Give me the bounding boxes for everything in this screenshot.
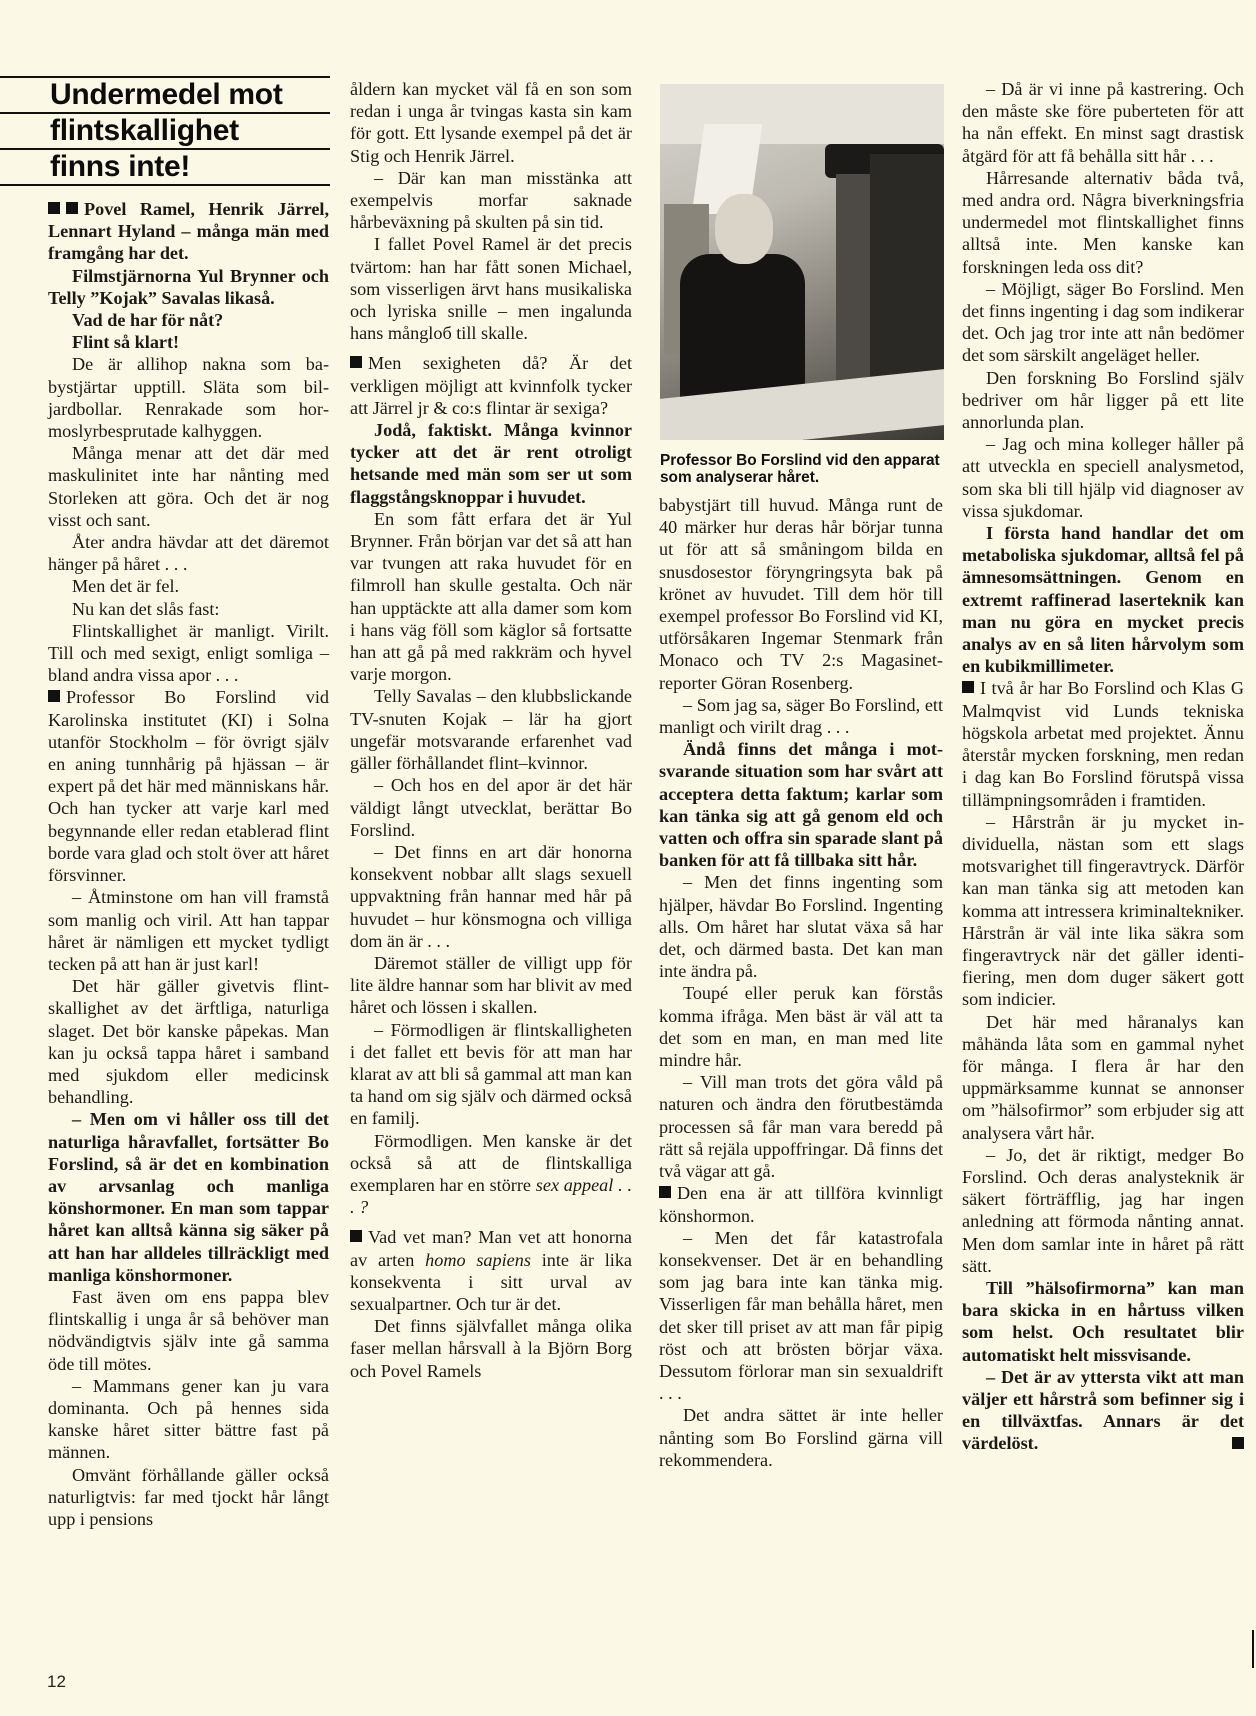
article-photo: [660, 84, 944, 440]
paragraph: Men det är fel.: [48, 575, 329, 597]
paragraph: – Mammans gener kan ju vara dominanta. O…: [48, 1375, 329, 1464]
column-4: – Då är vi inne på kastre­ring. Och den …: [962, 78, 1244, 1455]
paragraph: Däremot ställer de villigt upp för lite …: [350, 952, 632, 1019]
paragraph: – Jag och mina kolleger hål­ler på att u…: [962, 433, 1244, 522]
paragraph: Telly Savalas – den klubb­slickande TV-s…: [350, 685, 632, 774]
paragraph: Ändå finns det många i mot­svarande situ…: [659, 738, 943, 871]
square-bullet-icon: [659, 1186, 671, 1198]
photo-caption: Professor Bo Forslind vid den apparat so…: [660, 452, 950, 486]
paragraph: – Det är av yttersta vikt att man väljer…: [962, 1366, 1244, 1455]
paragraph: – Där kan man misstänka att exempelvis m…: [350, 167, 632, 234]
paragraph: – Då är vi inne på kastre­ring. Och den …: [962, 78, 1244, 167]
paragraph: Många menar att det där med maskulinitet…: [48, 442, 329, 531]
magazine-page: Undermedel mot flintskallighet finns int…: [0, 0, 1256, 1716]
headline: Undermedel mot flintskallighet finns int…: [0, 76, 330, 186]
lead-paragraph: Flint så klart!: [48, 331, 329, 353]
page-number: 12: [47, 1672, 66, 1692]
paragraph: Det finns självfallet många olika faser …: [350, 1315, 632, 1382]
paragraph: En som fått erfara det är Yul Brynner. F…: [350, 508, 632, 686]
paragraph: Det här gäller givetvis flint­skallighet…: [48, 975, 329, 1108]
paragraph: De är allihop nakna som ba­bystjärtar up…: [48, 353, 329, 442]
headline-line-2: flintskallighet: [0, 112, 330, 148]
paragraph: – Jo, det är riktigt, medger Bo Forslind…: [962, 1144, 1244, 1277]
paragraph: – Och hos en del apor är det här väldigt…: [350, 774, 632, 841]
square-bullet-icon: [350, 356, 362, 368]
square-bullet-icon: [48, 690, 60, 702]
square-bullet-icon: [48, 202, 60, 214]
square-bullet-icon: [962, 681, 974, 693]
paragraph: Den ena är att tillföra kvinn­ligt könsh…: [659, 1182, 943, 1226]
lead-paragraph: Povel Ramel, Henrik Jär­rel, Lennart Hyl…: [48, 198, 329, 265]
end-of-article-icon: [1232, 1437, 1244, 1449]
paragraph: – Förmodligen är flintskal­ligheten i de…: [350, 1019, 632, 1130]
paragraph: Vad vet man? Man vet att honorna av arte…: [350, 1226, 632, 1315]
paragraph: Hårresande alternativ båda två, med andr…: [962, 167, 1244, 278]
paragraph: I två år har Bo Forslind och Klas G Malm…: [962, 677, 1244, 810]
paragraph: Det andra sättet är inte heller nånting …: [659, 1404, 943, 1471]
paragraph: I fallet Povel Ramel är det precis tvärt…: [350, 233, 632, 344]
paragraph: Nu kan det slås fast:: [48, 598, 329, 620]
paragraph: – Hårstrån är ju mycket in­dividuella, n…: [962, 811, 1244, 1011]
headline-rule: [0, 184, 330, 186]
column-rule: [1252, 1630, 1254, 1668]
square-bullet-icon: [350, 1230, 362, 1242]
paragraph: Fast även om ens pappa blev flintskallig…: [48, 1286, 329, 1375]
paragraph: Till ”hälsofirmorna” kan man bara skicka…: [962, 1277, 1244, 1366]
lead-paragraph: Vad de har för nåt?: [48, 309, 329, 331]
column-3: babystjärt till huvud. Många runt de 40 …: [659, 494, 943, 1471]
column-1: Povel Ramel, Henrik Jär­rel, Lennart Hyl…: [48, 198, 329, 1530]
square-bullet-icon: [66, 202, 78, 214]
paragraph: – Men om vi håller oss till det naturlig…: [48, 1108, 329, 1286]
paragraph: Den forskning Bo Forslind själv bedriver…: [962, 367, 1244, 434]
paragraph: Professor Bo Forslind vid Karolinska ins…: [48, 686, 329, 886]
paragraph: Det här med håranalys kan måhända låta s…: [962, 1011, 1244, 1144]
paragraph: – Men det finns ingenting som hjälper, h…: [659, 871, 943, 982]
paragraph: – Vill man trots det göra våld på nature…: [659, 1071, 943, 1182]
paragraph: åldern kan mycket väl få en son som reda…: [350, 78, 632, 167]
headline-line-1: Undermedel mot: [0, 76, 330, 112]
paragraph: – Det finns en art där ho­norna konsekve…: [350, 841, 632, 952]
lead-paragraph: Filmstjärnorna Yul Brynner och Telly ”Ko…: [48, 265, 329, 309]
paragraph: – Som jag sa, säger Bo Fors­lind, ett ma…: [659, 694, 943, 738]
paragraph: Toupé eller peruk kan förstås komma ifrå…: [659, 982, 943, 1071]
column-2: åldern kan mycket väl få en son som reda…: [350, 78, 632, 1382]
paragraph: – Men det får katastrofala konsekvenser.…: [659, 1227, 943, 1405]
headline-line-3: finns inte!: [0, 148, 330, 184]
paragraph: Jodå, faktiskt. Många kvinnor tycker att…: [350, 419, 632, 508]
paragraph: Åter andra hävdar att det däremot hänger…: [48, 531, 329, 575]
paragraph: – Åtminstone om han vill framstå som man…: [48, 886, 329, 975]
paragraph: – Möjligt, säger Bo Forslind. Men det fi…: [962, 278, 1244, 367]
paragraph: Flintskallighet är manligt. Virilt. Till…: [48, 620, 329, 687]
paragraph: babystjärt till huvud. Många runt de 40 …: [659, 494, 943, 694]
paragraph: Omvänt förhållande gäller också naturlig…: [48, 1464, 329, 1531]
paragraph: Men sexigheten då? Är det verkligen möjl…: [350, 352, 632, 419]
paragraph: I första hand handlar det om metaboliska…: [962, 522, 1244, 677]
paragraph: Förmodligen. Men kanske är det också så …: [350, 1130, 632, 1219]
